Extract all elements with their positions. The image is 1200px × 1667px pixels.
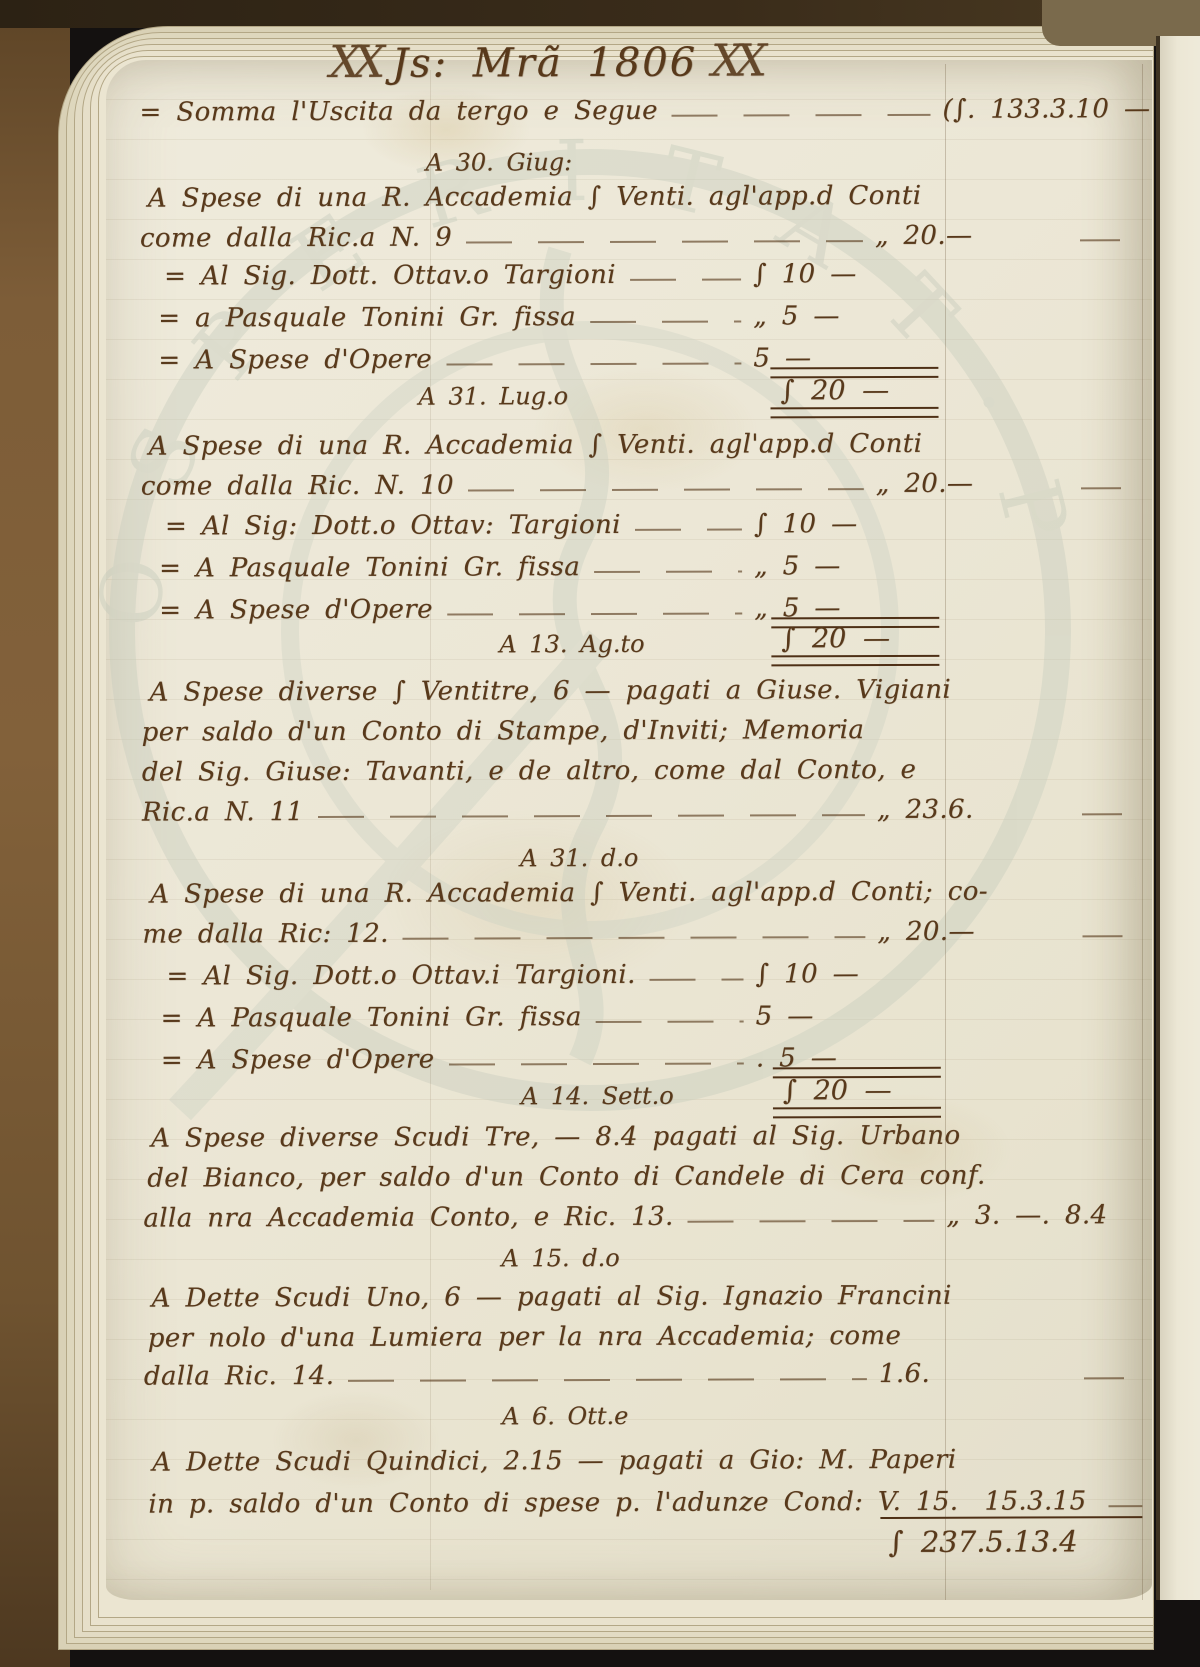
group-total: ∫ 20 — [781, 623, 890, 654]
entry-text: = A Spese d'Opere [159, 595, 433, 626]
final-total: ∫ 237.5.13.4 [888, 1524, 1077, 1559]
summary-text: = Somma l'Uscita da tergo e Segue [139, 96, 658, 128]
group-total: ∫ 20 — [783, 1075, 892, 1106]
sub-entry-line: = Al Sig: Dott.o Ottav: Targioni ∫ 10 — [165, 509, 934, 542]
date-header-1: A 30. Giug: [426, 148, 573, 177]
entry-line: A Spese diverse ∫ Ventitre, 6 — pagati a… [149, 675, 951, 708]
entry-text: A Dette Scudi Uno, 6 — pagati al Sig. Ig… [152, 1281, 952, 1314]
amount: 5 — [756, 1001, 936, 1032]
date-header-5: A 14. Sett.o [521, 1082, 674, 1111]
amount: „ 5 — [754, 551, 934, 582]
entry-text: Ric.a N. 11 [142, 797, 304, 828]
amount: „ 20.— [877, 916, 1072, 947]
entry-text: = A Pasquale Tonini Gr. fissa [161, 1002, 582, 1033]
entry-text: A Spese diverse Scudi Tre, — 8.4 pagati … [151, 1121, 961, 1154]
leader-line [630, 279, 741, 281]
leader-line [318, 814, 865, 818]
entry-text: per saldo d'un Conto di Stampe, d'Inviti… [142, 715, 865, 748]
sub-entry-line: = A Pasquale Tonini Gr. fissa 5 — [161, 1001, 936, 1034]
leader-line [466, 240, 863, 243]
entry-line: A Spese di una R. Accademia ∫ Venti. agl… [150, 877, 988, 910]
amount: 15.3.15 [984, 1486, 1098, 1516]
entry-line: del Sig. Giuse: Tavanti, e de altro, com… [142, 755, 917, 788]
entry-text: A Spese di una R. Accademia ∫ Venti. agl… [148, 181, 922, 214]
leader-line [590, 321, 741, 324]
entry-text: A Dette Scudi Quindici, 2.15 — pagati a … [152, 1445, 956, 1478]
sub-entry-line: = Al Sig. Dott. Ottav.o Targioni ∫ 10 — [164, 259, 933, 292]
page-title-text: Js: Mrã 1806 [392, 40, 697, 87]
date-header-3: A 13. Ag.to [499, 630, 644, 659]
amount: „ 5 — [753, 301, 933, 332]
sub-entry-line: = Al Sig. Dott.o Ottav.i Targioni. ∫ 10 … [166, 959, 935, 992]
amount: „ 3. —. 8.4 [946, 1200, 1141, 1231]
entry-text: = A Spese d'Opere [158, 345, 432, 376]
entry-text: come dalla Ric. N. 10 [141, 471, 454, 502]
entry-line: alla nra Accademia Conto, e Ric. 13. „ 3… [143, 1200, 1141, 1233]
handwriting-layer: XXJs: Mrã 1806XX = Somma l'Uscita da ter… [0, 0, 1200, 1667]
title-flourish-left: XX [329, 37, 378, 88]
entry-text: del Bianco, per saldo d'un Conto di Cand… [147, 1161, 986, 1194]
entry-text: = Al Sig. Dott.o Ottav.i Targioni. [166, 960, 635, 992]
entry-text: A Spese di una R. Accademia ∫ Venti. agl… [149, 429, 923, 462]
leader-line [596, 1020, 744, 1023]
entry-text: del Sig. Giuse: Tavanti, e de altro, com… [142, 755, 917, 788]
total-rule [771, 655, 939, 667]
leader-line [1082, 813, 1140, 815]
entry-line: A Dette Scudi Uno, 6 — pagati al Sig. Ig… [152, 1281, 952, 1314]
entry-text: A Spese diverse ∫ Ventitre, 6 — pagati a… [149, 675, 951, 708]
entry-line: del Bianco, per saldo d'un Conto di Cand… [147, 1161, 986, 1194]
leader-line [348, 1378, 867, 1382]
entry-line: per nolo d'una Lumiera per la nra Accade… [148, 1321, 902, 1354]
leader-line [447, 613, 742, 616]
entry-line: per saldo d'un Conto di Stampe, d'Inviti… [142, 715, 865, 748]
leader-line [1084, 1377, 1142, 1379]
amount: „ 20.— [875, 220, 1070, 251]
leader-line [468, 488, 864, 491]
leader-line [672, 114, 931, 117]
title-flourish-right: XX [711, 35, 760, 86]
page-title: XXJs: Mrã 1806XX [315, 35, 774, 88]
entry-line: come dalla Ric.a N. 9 „ 20.— [140, 220, 1138, 253]
entry-line: come dalla Ric. N. 10 „ 20.— [141, 468, 1139, 501]
date-header-7: A 6. Ott.e [502, 1402, 628, 1430]
leader-line [650, 978, 744, 980]
total-rule [771, 407, 939, 419]
sub-entry-line: = a Pasquale Tonini Gr. fissa „ 5 — [158, 301, 933, 334]
entry-text: come dalla Ric.a N. 9 [140, 223, 452, 254]
entry-line: A Spese di una R. Accademia ∫ Venti. agl… [148, 181, 922, 214]
entry-line: Ric.a N. 11 „ 23.6. [142, 794, 1140, 827]
entry-text: per nolo d'una Lumiera per la nra Accade… [148, 1321, 902, 1354]
leader-line [1080, 239, 1138, 241]
leader-line [688, 1220, 935, 1223]
entry-line: dalla Ric. 14. 1.6. [144, 1358, 1142, 1391]
entry-text: = Al Sig: Dott.o Ottav: Targioni [165, 510, 621, 542]
total-rule [773, 1107, 941, 1119]
entry-text: = Al Sig. Dott. Ottav.o Targioni [164, 260, 616, 292]
summary-amount: (∫. 133.3.10 — [942, 94, 1137, 125]
entry-text: = a Pasquale Tonini Gr. fissa [158, 302, 576, 333]
entry-line: A Spese di una R. Accademia ∫ Venti. agl… [149, 429, 923, 462]
final-total-rule [880, 1516, 1142, 1519]
summary-row: = Somma l'Uscita da tergo e Segue (∫. 13… [139, 94, 1137, 127]
entry-text: = A Pasquale Tonini Gr. fissa [159, 552, 580, 583]
amount: „ 20.— [876, 468, 1071, 499]
leader-line [448, 1062, 743, 1065]
entry-text: A Spese di una R. Accademia ∫ Venti. agl… [150, 877, 988, 910]
leader-line [594, 571, 742, 574]
entry-line: A Dette Scudi Quindici, 2.15 — pagati a … [152, 1445, 956, 1478]
entry-line: me dalla Ric: 12. „ 20.— [142, 916, 1140, 949]
sub-entry-line: = A Pasquale Tonini Gr. fissa „ 5 — [159, 551, 934, 584]
entry-line: A Spese diverse Scudi Tre, — 8.4 pagati … [151, 1121, 961, 1154]
leader-line [1082, 935, 1140, 937]
amount: ∫ 10 — [755, 959, 935, 990]
leader-line [635, 529, 742, 531]
amount: ∫ 10 — [754, 509, 934, 540]
leader-line [1081, 487, 1139, 489]
amount: ∫ 10 — [753, 259, 933, 290]
date-header-4: A 31. d.o [520, 844, 638, 872]
group-total: ∫ 20 — [780, 375, 889, 406]
leader-line [446, 363, 741, 366]
entry-text: = A Spese d'Opere [161, 1045, 435, 1076]
entry-line: in p. saldo d'un Conto di spese p. l'adu… [148, 1486, 1142, 1519]
entry-text: me dalla Ric: 12. [142, 919, 389, 950]
leader-line [1108, 1505, 1142, 1507]
leader-line [403, 936, 866, 940]
amount: 1.6. [879, 1358, 1074, 1389]
entry-text: dalla Ric. 14. [144, 1361, 335, 1392]
date-header-2: A 31. Lug.o [418, 382, 568, 411]
amount: „ 23.6. [877, 794, 1072, 825]
entry-text: in p. saldo d'un Conto di spese p. l'adu… [148, 1487, 958, 1520]
entry-text: alla nra Accademia Conto, e Ric. 13. [143, 1202, 673, 1234]
date-header-6: A 15. d.o [501, 1244, 619, 1272]
